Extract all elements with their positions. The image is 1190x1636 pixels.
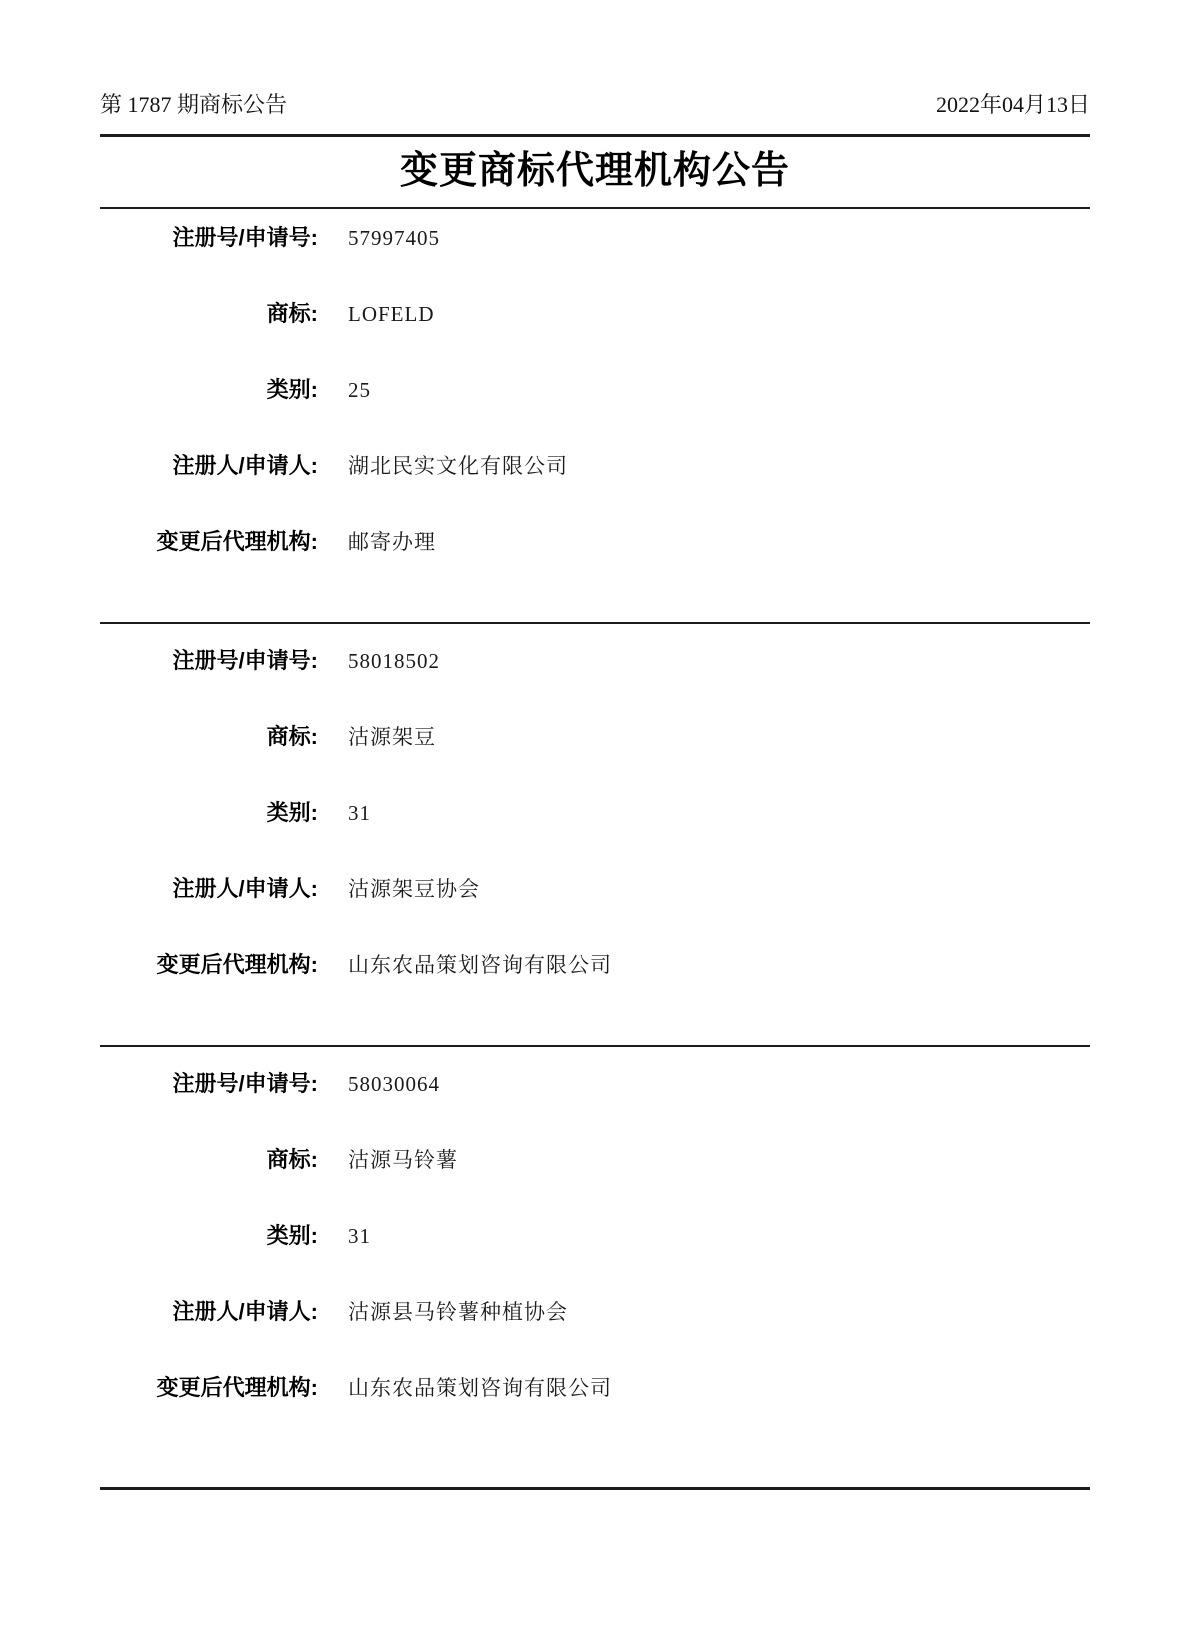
- page-title: 变更商标代理机构公告: [100, 147, 1090, 195]
- registration-number-label: 注册号/申请号:: [100, 1071, 318, 1097]
- field-registrant: 注册人/申请人: 沽源县马铃薯种植协会: [100, 1299, 1090, 1375]
- trademark-record-2: 注册号/申请号: 58018502 商标: 沽源架豆 类别: 31 注册人/申请…: [100, 648, 1090, 1028]
- trademark-value: LOFELD: [348, 301, 435, 327]
- field-changed-agency: 变更后代理机构: 山东农品策划咨询有限公司: [100, 952, 1090, 1028]
- changed-agency-value: 山东农品策划咨询有限公司: [348, 952, 612, 978]
- trademark-label: 商标:: [100, 301, 318, 327]
- gazette-page: 第 1787 期商标公告 2022年04月13日 变更商标代理机构公告 注册号/…: [100, 0, 1090, 1490]
- field-category: 类别: 31: [100, 1223, 1090, 1299]
- changed-agency-value: 邮寄办理: [348, 529, 436, 555]
- page-header: 第 1787 期商标公告 2022年04月13日: [100, 0, 1090, 118]
- registration-number-value: 57997405: [348, 225, 440, 251]
- category-label: 类别:: [100, 1223, 318, 1249]
- field-registrant: 注册人/申请人: 湖北民实文化有限公司: [100, 453, 1090, 529]
- gazette-issue-label: 第 1787 期商标公告: [100, 92, 287, 118]
- field-changed-agency: 变更后代理机构: 邮寄办理: [100, 529, 1090, 605]
- field-category: 类别: 25: [100, 377, 1090, 453]
- category-label: 类别:: [100, 800, 318, 826]
- field-registration-number: 注册号/申请号: 58018502: [100, 648, 1090, 724]
- trademark-value: 沽源马铃薯: [348, 1147, 458, 1173]
- registration-number-label: 注册号/申请号:: [100, 648, 318, 674]
- registrant-label: 注册人/申请人:: [100, 1299, 318, 1325]
- registrant-value: 湖北民实文化有限公司: [348, 453, 568, 479]
- field-registrant: 注册人/申请人: 沽源架豆协会: [100, 876, 1090, 952]
- trademark-label: 商标:: [100, 724, 318, 750]
- registration-number-value: 58018502: [348, 648, 440, 674]
- field-registration-number: 注册号/申请号: 57997405: [100, 225, 1090, 301]
- trademark-record-1: 注册号/申请号: 57997405 商标: LOFELD 类别: 25 注册人/…: [100, 225, 1090, 605]
- changed-agency-label: 变更后代理机构:: [100, 952, 318, 978]
- field-category: 类别: 31: [100, 800, 1090, 876]
- field-registration-number: 注册号/申请号: 58030064: [100, 1071, 1090, 1147]
- header-divider: [100, 134, 1090, 137]
- category-value: 25: [348, 377, 371, 403]
- registrant-value: 沽源架豆协会: [348, 876, 480, 902]
- field-changed-agency: 变更后代理机构: 山东农品策划咨询有限公司: [100, 1375, 1090, 1451]
- changed-agency-label: 变更后代理机构:: [100, 1375, 318, 1401]
- record-divider-2: [100, 1045, 1090, 1047]
- record-divider-1: [100, 622, 1090, 624]
- gazette-date: 2022年04月13日: [936, 92, 1090, 118]
- registration-number-label: 注册号/申请号:: [100, 225, 318, 251]
- changed-agency-label: 变更后代理机构:: [100, 529, 318, 555]
- registrant-label: 注册人/申请人:: [100, 453, 318, 479]
- trademark-label: 商标:: [100, 1147, 318, 1173]
- page-bottom-divider: [100, 1487, 1090, 1490]
- category-label: 类别:: [100, 377, 318, 403]
- field-trademark: 商标: 沽源马铃薯: [100, 1147, 1090, 1223]
- field-trademark: 商标: LOFELD: [100, 301, 1090, 377]
- category-value: 31: [348, 1223, 371, 1249]
- trademark-value: 沽源架豆: [348, 724, 436, 750]
- category-value: 31: [348, 800, 371, 826]
- changed-agency-value: 山东农品策划咨询有限公司: [348, 1375, 612, 1401]
- title-divider: [100, 207, 1090, 209]
- trademark-record-3: 注册号/申请号: 58030064 商标: 沽源马铃薯 类别: 31 注册人/申…: [100, 1071, 1090, 1451]
- registration-number-value: 58030064: [348, 1071, 440, 1097]
- field-trademark: 商标: 沽源架豆: [100, 724, 1090, 800]
- registrant-label: 注册人/申请人:: [100, 876, 318, 902]
- registrant-value: 沽源县马铃薯种植协会: [348, 1299, 568, 1325]
